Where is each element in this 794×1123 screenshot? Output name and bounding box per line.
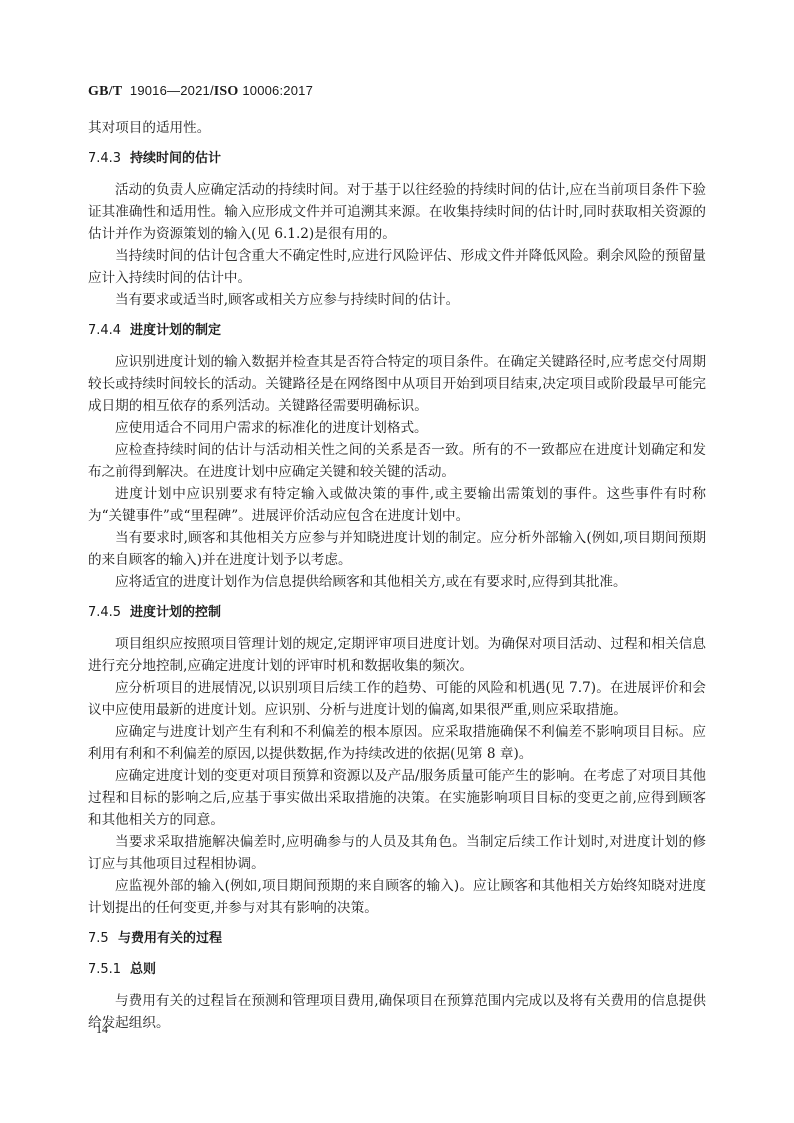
section-title: 总则: [130, 962, 156, 977]
paragraph: 项目组织应按照项目管理计划的规定,定期评审项目进度计划。为确保对项目活动、过程和…: [88, 633, 706, 677]
section-number: 7.4.5: [88, 602, 130, 624]
section-number: 7.5: [88, 928, 118, 950]
paragraph: 活动的负责人应确定活动的持续时间。对于基于以往经验的持续时间的估计,应在当前项目…: [88, 179, 706, 245]
paragraph: 当有要求或适当时,顾客或相关方应参与持续时间的估计。: [88, 289, 706, 311]
paragraph: 应确定与进度计划产生有利和不利偏差的根本原因。应采取措施确保不利偏差不影响项目目…: [88, 721, 706, 765]
paragraph: 当有要求时,顾客和其他相关方应参与并知晓进度计划的制定。应分析外部输入(例如,项…: [88, 527, 706, 571]
section-title: 进度计划的制定: [130, 323, 221, 338]
paragraph: 进度计划中应识别要求有特定输入或做决策的事件,或主要输出需策划的事件。这些事件有…: [88, 483, 706, 527]
section-heading-7-5-1: 7.5.1总则: [88, 959, 706, 981]
section-title: 进度计划的控制: [130, 605, 221, 620]
paragraph: 应使用适合不同用户需求的标准化的进度计划格式。: [88, 417, 706, 439]
section-number: 7.5.1: [88, 959, 130, 981]
section-title: 持续时间的估计: [130, 151, 221, 166]
paragraph: 应确定进度计划的变更对项目预算和资源以及产品/服务质量可能产生的影响。在考虑了对…: [88, 765, 706, 831]
paragraph: 当持续时间的估计包含重大不确定性时,应进行风险评估、形成文件并降低风险。剩余风险…: [88, 245, 706, 289]
paragraph: 应分析项目的进展情况,以识别项目后续工作的趋势、可能的风险和机遇(见 7.7)。…: [88, 677, 706, 721]
page-number: 14: [96, 1022, 108, 1037]
standard-id: 19016—2021/: [130, 83, 214, 98]
section-heading-7-4-4: 7.4.4进度计划的制定: [88, 320, 706, 342]
section-title: 与费用有关的过程: [118, 931, 222, 946]
document-header: GB/T 19016—2021/ISO 10006:2017: [88, 83, 313, 100]
paragraph: 与费用有关的过程旨在预测和管理项目费用,确保项目在预算范围内完成以及将有关费用的…: [88, 990, 706, 1034]
iso-id: 10006:2017: [242, 83, 313, 98]
paragraph: 应将适宜的进度计划作为信息提供给顾客和其他相关方,或在有要求时,应得到其批准。: [88, 571, 706, 593]
section-number: 7.4.4: [88, 320, 130, 342]
standard-prefix: GB/T: [88, 84, 122, 99]
paragraph: 应监视外部的输入(例如,项目期间预期的来自顾客的输入)。应让顾客和其他相关方始终…: [88, 875, 706, 919]
section-heading-7-5: 7.5与费用有关的过程: [88, 928, 706, 950]
section-number: 7.4.3: [88, 148, 130, 170]
paragraph: 当要求采取措施解决偏差时,应明确参与的人员及其角色。当制定后续工作计划时,对进度…: [88, 831, 706, 875]
document-body: 其对项目的适用性。 7.4.3持续时间的估计 活动的负责人应确定活动的持续时间。…: [88, 117, 706, 1034]
paragraph: 应识别进度计划的输入数据并检查其是否符合特定的项目条件。在确定关键路径时,应考虑…: [88, 351, 706, 417]
section-heading-7-4-5: 7.4.5进度计划的控制: [88, 602, 706, 624]
paragraph: 其对项目的适用性。: [88, 117, 706, 139]
paragraph: 应检查持续时间的估计与活动相关性之间的关系是否一致。所有的不一致都应在进度计划确…: [88, 439, 706, 483]
iso-prefix: ISO: [214, 84, 239, 99]
section-heading-7-4-3: 7.4.3持续时间的估计: [88, 148, 706, 170]
